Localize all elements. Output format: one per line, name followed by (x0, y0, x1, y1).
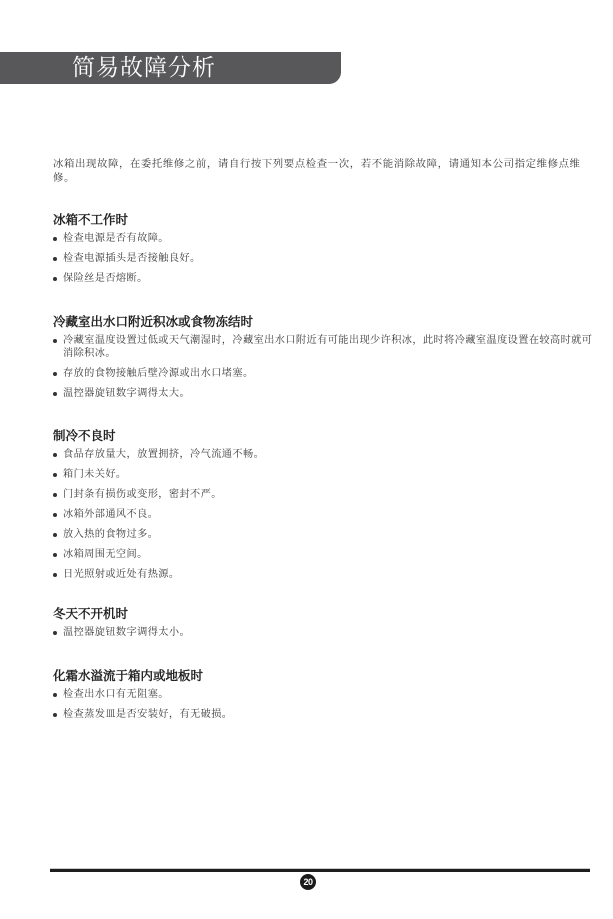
item-text: 温控器旋钮数字调得太大。 (63, 388, 190, 399)
item-list: 检查出水口有无阻塞。 检查蒸发皿是否安装好，有无破损。 (53, 688, 593, 721)
bullet-icon (53, 631, 57, 635)
item-list: 食品存放量大，放置拥挤，冷气流通不畅。 箱门未关好。 门封条有损伤或变形，密封不… (53, 448, 593, 581)
bullet-icon (53, 713, 57, 717)
section-title: 冰箱不工作时 (53, 212, 593, 228)
section-title: 冷藏室出水口附近积冰或食物冻结时 (53, 314, 593, 330)
section-winter-no-start: 冬天不开机时 温控器旋钮数字调得太小。 (53, 606, 593, 646)
list-item: 检查蒸发皿是否安装好，有无破损。 (53, 708, 593, 721)
item-text: 检查电源是否有故障。 (63, 233, 169, 244)
list-item: 冷藏室温度设置过低或天气潮湿时，冷藏室出水口附近有可能出现少许积冰，此时将冷藏室… (53, 334, 593, 360)
item-text: 冷藏室温度设置过低或天气潮湿时，冷藏室出水口附近有可能出现少许积冰，此时将冷藏室… (63, 335, 592, 359)
bullet-icon (53, 339, 57, 343)
bullet-icon (53, 277, 57, 281)
item-text: 冰箱外部通风不良。 (63, 509, 158, 520)
list-item: 门封条有损伤或变形，密封不严。 (53, 488, 593, 501)
item-list: 温控器旋钮数字调得太小。 (53, 626, 593, 639)
list-item: 检查电源是否有故障。 (53, 232, 593, 245)
section-defrost-overflow: 化霜水溢流于箱内或地板时 检查出水口有无阻塞。 检查蒸发皿是否安装好，有无破损。 (53, 668, 593, 728)
page-number-badge: 20 (300, 874, 316, 890)
item-text: 门封条有损伤或变形，密封不严。 (63, 489, 222, 500)
item-text: 冰箱周围无空间。 (63, 549, 148, 560)
bullet-icon (53, 257, 57, 261)
item-text: 存放的食物接触后壁冷源或出水口堵塞。 (63, 368, 254, 379)
list-item: 放入热的食物过多。 (53, 528, 593, 541)
list-item: 检查出水口有无阻塞。 (53, 688, 593, 701)
page-title: 简易故障分析 (72, 53, 216, 83)
footer-divider (50, 868, 590, 872)
bullet-icon (53, 553, 57, 557)
item-text: 检查出水口有无阻塞。 (63, 689, 169, 700)
bullet-icon (53, 493, 57, 497)
list-item: 食品存放量大，放置拥挤，冷气流通不畅。 (53, 448, 593, 461)
list-item: 温控器旋钮数字调得太小。 (53, 626, 593, 639)
bullet-icon (53, 533, 57, 537)
item-text: 保险丝是否熔断。 (63, 273, 148, 284)
item-text: 检查电源插头是否接触良好。 (63, 253, 201, 264)
bullet-icon (53, 513, 57, 517)
section-title: 冬天不开机时 (53, 606, 593, 622)
list-item: 日光照射或近处有热源。 (53, 568, 593, 581)
bullet-icon (53, 473, 57, 477)
section-title: 化霜水溢流于箱内或地板时 (53, 668, 593, 684)
list-item: 冰箱外部通风不良。 (53, 508, 593, 521)
bullet-icon (53, 392, 57, 396)
list-item: 冰箱周围无空间。 (53, 548, 593, 561)
section-not-working: 冰箱不工作时 检查电源是否有故障。 检查电源插头是否接触良好。 保险丝是否熔断。 (53, 212, 593, 292)
item-text: 食品存放量大，放置拥挤，冷气流通不畅。 (63, 449, 264, 460)
item-text: 箱门未关好。 (63, 469, 127, 480)
section-poor-cooling: 制冷不良时 食品存放量大，放置拥挤，冷气流通不畅。 箱门未关好。 门封条有损伤或… (53, 428, 593, 588)
bullet-icon (53, 573, 57, 577)
header-banner: 简易故障分析 (0, 52, 341, 84)
list-item: 温控器旋钮数字调得太大。 (53, 387, 593, 400)
list-item: 保险丝是否熔断。 (53, 272, 593, 285)
item-text: 温控器旋钮数字调得太小。 (63, 627, 190, 638)
bullet-icon (53, 693, 57, 697)
item-list: 冷藏室温度设置过低或天气潮湿时，冷藏室出水口附近有可能出现少许积冰，此时将冷藏室… (53, 334, 593, 400)
item-list: 检查电源是否有故障。 检查电源插头是否接触良好。 保险丝是否熔断。 (53, 232, 593, 285)
section-ice-at-outlet: 冷藏室出水口附近积冰或食物冻结时 冷藏室温度设置过低或天气潮湿时，冷藏室出水口附… (53, 314, 593, 407)
section-title: 制冷不良时 (53, 428, 593, 444)
item-text: 日光照射或近处有热源。 (63, 569, 179, 580)
bullet-icon (53, 453, 57, 457)
list-item: 存放的食物接触后壁冷源或出水口堵塞。 (53, 367, 593, 380)
list-item: 检查电源插头是否接触良好。 (53, 252, 593, 265)
item-text: 放入热的食物过多。 (63, 529, 158, 540)
list-item: 箱门未关好。 (53, 468, 593, 481)
item-text: 检查蒸发皿是否安装好，有无破损。 (63, 709, 232, 720)
bullet-icon (53, 372, 57, 376)
intro-paragraph: 冰箱出现故障，在委托维修之前，请自行按下列要点检查一次，若不能消除故障，请通知本… (53, 157, 593, 185)
bullet-icon (53, 237, 57, 241)
